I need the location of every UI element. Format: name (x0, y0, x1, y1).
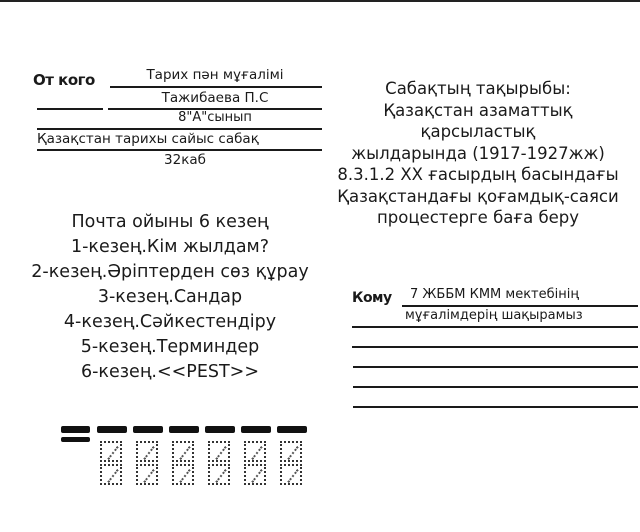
from-underline-3 (37, 128, 322, 130)
postcode-diagonal (215, 446, 226, 460)
postcode-digit-cell (172, 441, 194, 462)
to-line-2: мұғалімдерің шақырамыз (405, 308, 583, 323)
postcode-digit-box (172, 441, 196, 487)
postcode-digit-cell (280, 441, 302, 462)
postcode-digit-box (280, 441, 304, 487)
stage-item: 2-кезең.Әріптерден сөз құрау (0, 260, 340, 285)
postcode-diagonal (287, 469, 298, 483)
to-label: Кому (352, 290, 392, 306)
postcode-diagonal (251, 446, 262, 460)
stages-title: Почта ойыны 6 кезең (0, 210, 340, 235)
postcode-diagonal (287, 446, 298, 460)
to-underline-1 (402, 305, 638, 307)
postcode-marker-bar (61, 437, 90, 442)
subject-line: жылдарында (1917-1927жж) (318, 143, 638, 165)
postcode-digit-bar (205, 426, 235, 433)
postcode-digit-cell (100, 441, 122, 462)
postcode-diagonal (179, 446, 190, 460)
postcode-digit-bar (169, 426, 199, 433)
postcode-digit-bar (277, 426, 307, 433)
stage-item: 1-кезең.Кім жылдам? (0, 235, 340, 260)
stage-item: 6-кезең.<<PEST>> (0, 360, 340, 385)
from-line-3: 8"А"сынып (110, 110, 320, 125)
postcode-digit-cell (208, 441, 230, 462)
postcode-digit-cell (172, 464, 194, 485)
postcode-diagonal (179, 469, 190, 483)
from-line-4: Қазақстан тарихы сайыс сабақ (37, 131, 322, 147)
postcode-diagonal (107, 469, 118, 483)
stage-item: 5-кезең.Терминдер (0, 335, 340, 360)
postcode-digit-cell (136, 441, 158, 462)
to-underline-5 (353, 386, 638, 388)
to-underline-4 (353, 366, 638, 368)
subject-line: Қазақстандағы қоғамдық-саяси (318, 186, 638, 208)
stage-item: 4-кезең.Сәйкестендіру (0, 310, 340, 335)
postcode-diagonal (143, 446, 154, 460)
subject-line: Сабақтың тақырыбы: (318, 78, 638, 100)
postcode-diagonal (107, 446, 118, 460)
subject-line: 8.3.1.2 ХХ ғасырдың басындағы (318, 164, 638, 186)
lesson-subject: Сабақтың тақырыбы: Қазақстан азаматтық қ… (318, 78, 638, 229)
postcode-digit-cell (244, 441, 266, 462)
from-line-1: Тарих пән мұғалімі (110, 67, 320, 83)
postcode-digit-box (136, 441, 160, 487)
postcode-digit-cell (280, 464, 302, 485)
subject-line: процестерге баға беру (318, 207, 638, 229)
from-label: От кого (33, 71, 95, 89)
to-line-1: 7 ЖББМ КММ мектебінің (410, 287, 579, 302)
to-underline-2 (352, 326, 638, 328)
subject-line: қарсыластық (318, 121, 638, 143)
postcode-diagonal (143, 469, 154, 483)
top-border (0, 0, 640, 2)
postcode-digit-bar (133, 426, 163, 433)
postcode-diagonal (251, 469, 262, 483)
postcode-digit-cell (100, 464, 122, 485)
subject-line: Қазақстан азаматтық (318, 100, 638, 122)
from-underline-1 (110, 86, 322, 88)
postcode-digit-box (244, 441, 268, 487)
postcode-digit-bar (241, 426, 271, 433)
from-line-5: 32каб (110, 152, 260, 168)
to-underline-3 (352, 346, 638, 348)
postcode-marker-bar (61, 426, 90, 433)
postcode-digit-bar (97, 426, 127, 433)
stage-item: 3-кезең.Сандар (0, 285, 340, 310)
postcode-digit-box (100, 441, 124, 487)
postcode-diagonal (215, 469, 226, 483)
game-stages: Почта ойыны 6 кезең 1-кезең.Кім жылдам? … (0, 210, 340, 385)
postcode-digit-cell (208, 464, 230, 485)
postcode-digit-box (208, 441, 232, 487)
from-underline-4 (37, 149, 322, 151)
postcode-digit-cell (244, 464, 266, 485)
to-underline-6 (353, 406, 638, 408)
from-underline-2a (37, 108, 103, 110)
postcode-digit-cell (136, 464, 158, 485)
from-line-2: Тажибаева П.С (110, 90, 320, 106)
